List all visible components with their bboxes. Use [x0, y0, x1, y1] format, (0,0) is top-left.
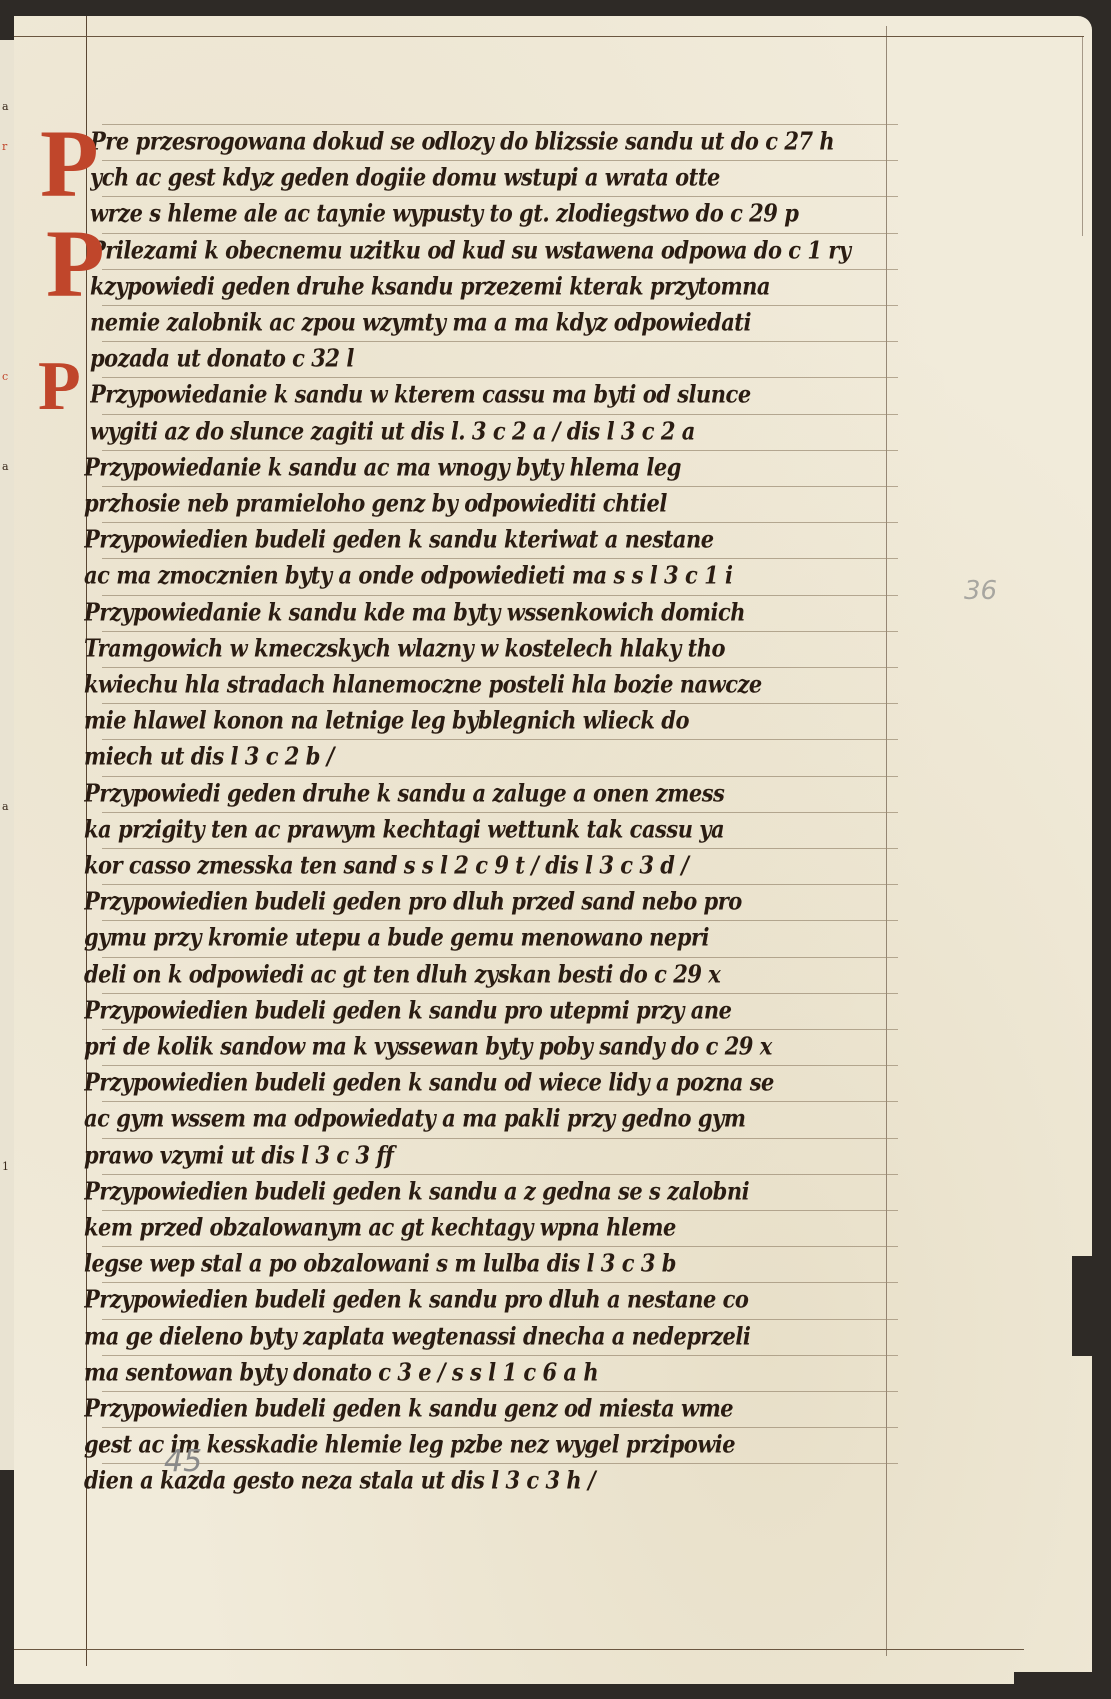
manuscript-text-line: gymu przy kromie utepu a bude gemu menow… [84, 923, 914, 952]
outer-edge-rule [1082, 36, 1083, 236]
line-ruling [102, 812, 898, 813]
manuscript-text-line: legse wep stal a po obzalowani s m lulba… [84, 1248, 914, 1277]
line-ruling [102, 1174, 898, 1175]
manuscript-text-line: kor casso zmesska ten sand s s l 2 c 9 t… [84, 850, 914, 879]
manuscript-text-line: Przypowiedien budeli geden k sandu pro d… [84, 1285, 914, 1314]
adjacent-leaf-fragment: r [2, 140, 7, 153]
manuscript-text-line: ka przigity ten ac prawym kechtagi wettu… [84, 814, 914, 843]
line-ruling [102, 595, 898, 596]
line-ruling [102, 1065, 898, 1066]
manuscript-text-line: ma sentowan byty donato c 3 e / s s l 1 … [84, 1357, 914, 1386]
manuscript-text-line: gest ac im kesskadie hlemie leg pzbe nez… [84, 1429, 914, 1458]
bottom-rule [14, 1649, 1024, 1650]
line-ruling [102, 1319, 898, 1320]
margin-pencil-note: 36 [964, 576, 997, 606]
page-tear [1014, 1672, 1104, 1692]
manuscript-text-line: pozada ut donato c 32 l [90, 343, 920, 372]
line-ruling [102, 1210, 898, 1211]
folio-number: 45 [164, 1444, 202, 1479]
manuscript-text-line: dien a kazda gesto neza stala ut dis l 3… [84, 1466, 914, 1495]
manuscript-text-line: ac gym wssem ma odpowiedaty a ma pakli p… [84, 1104, 914, 1133]
adjacent-leaf-fragment: a [2, 100, 9, 113]
top-rule [14, 36, 1084, 37]
adjacent-leaf-edge: a r c a a 1 [0, 40, 15, 1470]
manuscript-text-line: ac ma zmocznien byty a onde odpowiedieti… [84, 561, 914, 590]
manuscript-text-line: Prilezami k obecnemu uzitku od kud su ws… [90, 235, 920, 264]
manuscript-text-line: Przypowiedien budeli geden k sandu a z g… [84, 1176, 914, 1205]
line-ruling [102, 269, 898, 270]
manuscript-text-line: deli on k odpowiedi ac gt ten dluh zyska… [84, 959, 914, 988]
adjacent-leaf-fragment: 1 [2, 1160, 9, 1173]
line-ruling [102, 305, 898, 306]
manuscript-text-line: Przypowiedien budeli geden k sandu genz … [84, 1393, 914, 1422]
adjacent-leaf-fragment: c [2, 370, 8, 383]
line-ruling [102, 1391, 898, 1392]
line-ruling [102, 1246, 898, 1247]
manuscript-text-line: miech ut dis l 3 c 2 b / [84, 742, 914, 771]
line-ruling [102, 739, 898, 740]
manuscript-text-line: ych ac gest kdyz geden dogiie domu wstup… [90, 162, 920, 191]
line-ruling [102, 414, 898, 415]
line-ruling [102, 848, 898, 849]
line-ruling [102, 1138, 898, 1139]
line-ruling [102, 1463, 898, 1464]
manuscript-text-line: wrze s hleme ale ac taynie wypusty to gt… [90, 199, 920, 228]
line-ruling [102, 450, 898, 451]
manuscript-text-line: nemie zalobnik ac zpou wzymty ma a ma kd… [90, 307, 920, 336]
manuscript-text-line: wygiti az do slunce zagiti ut dis l. 3 c… [90, 416, 920, 445]
line-ruling [102, 160, 898, 161]
line-ruling [102, 884, 898, 885]
line-ruling [102, 1282, 898, 1283]
manuscript-text-line: mie hlawel konon na letnige leg byblegni… [84, 705, 914, 734]
manuscript-text-line: Przypowiedien budeli geden k sandu kteri… [84, 524, 914, 553]
line-ruling [102, 920, 898, 921]
initial-letter: P [38, 352, 81, 422]
manuscript-text-line: Tramgowich w kmeczskych wlazny w kostele… [84, 633, 914, 662]
line-ruling [102, 377, 898, 378]
adjacent-leaf-fragment: a [2, 460, 9, 473]
manuscript-text-line: prawo vzymi ut dis l 3 c 3 ff [84, 1140, 914, 1169]
initial-letter: P [40, 116, 99, 212]
manuscript-text-line: Przypowiedien budeli geden k sandu pro u… [84, 995, 914, 1024]
line-ruling [102, 486, 898, 487]
manuscript-text-line: Przypowiedanie k sandu kde ma byty wssen… [84, 597, 914, 626]
line-ruling [102, 957, 898, 958]
line-ruling [102, 124, 898, 125]
line-ruling [102, 667, 898, 668]
manuscript-text-line: Przypowiedanie k sandu w kterem cassu ma… [90, 380, 920, 409]
line-ruling [102, 776, 898, 777]
line-ruling [102, 1029, 898, 1030]
line-ruling [102, 558, 898, 559]
manuscript-text-line: Przypowiedi geden druhe k sandu a zaluge… [84, 778, 914, 807]
manuscript-text-line: kem przed obzalowanym ac gt kechtagy wpn… [84, 1212, 914, 1241]
manuscript-text-line: kzypowiedi geden druhe ksandu przezemi k… [90, 271, 920, 300]
manuscript-text-line: Przypowiedanie k sandu ac ma wnogy byty … [84, 452, 914, 481]
manuscript-text-line: ma ge dieleno byty zaplata wegtenassi dn… [84, 1321, 914, 1350]
manuscript-text-line: Pre przesrogowana dokud se odlozy do bli… [90, 126, 920, 155]
line-ruling [102, 341, 898, 342]
line-ruling [102, 1355, 898, 1356]
manuscript-text-line: Przypowiedien budeli geden pro dluh prze… [84, 886, 914, 915]
adjacent-leaf-fragment: a [2, 800, 9, 813]
line-ruling [102, 631, 898, 632]
manuscript-text-line: Przypowiedien budeli geden k sandu od wi… [84, 1067, 914, 1096]
initial-letter: P [46, 216, 105, 312]
line-ruling [102, 196, 898, 197]
manuscript-text-line: kwiechu hla stradach hlanemoczne posteli… [84, 669, 914, 698]
line-ruling [102, 1427, 898, 1428]
line-ruling [102, 703, 898, 704]
line-ruling [102, 233, 898, 234]
line-ruling [102, 522, 898, 523]
page-tear [1072, 1256, 1102, 1356]
line-ruling [102, 993, 898, 994]
manuscript-page: Pre przesrogowana dokud se odlozy do bli… [14, 16, 1092, 1684]
manuscript-text-line: pri de kolik sandow ma k vyssewan byty p… [84, 1031, 914, 1060]
manuscript-text-line: przhosie neb pramieloho genz by odpowied… [84, 488, 914, 517]
line-ruling [102, 1101, 898, 1102]
